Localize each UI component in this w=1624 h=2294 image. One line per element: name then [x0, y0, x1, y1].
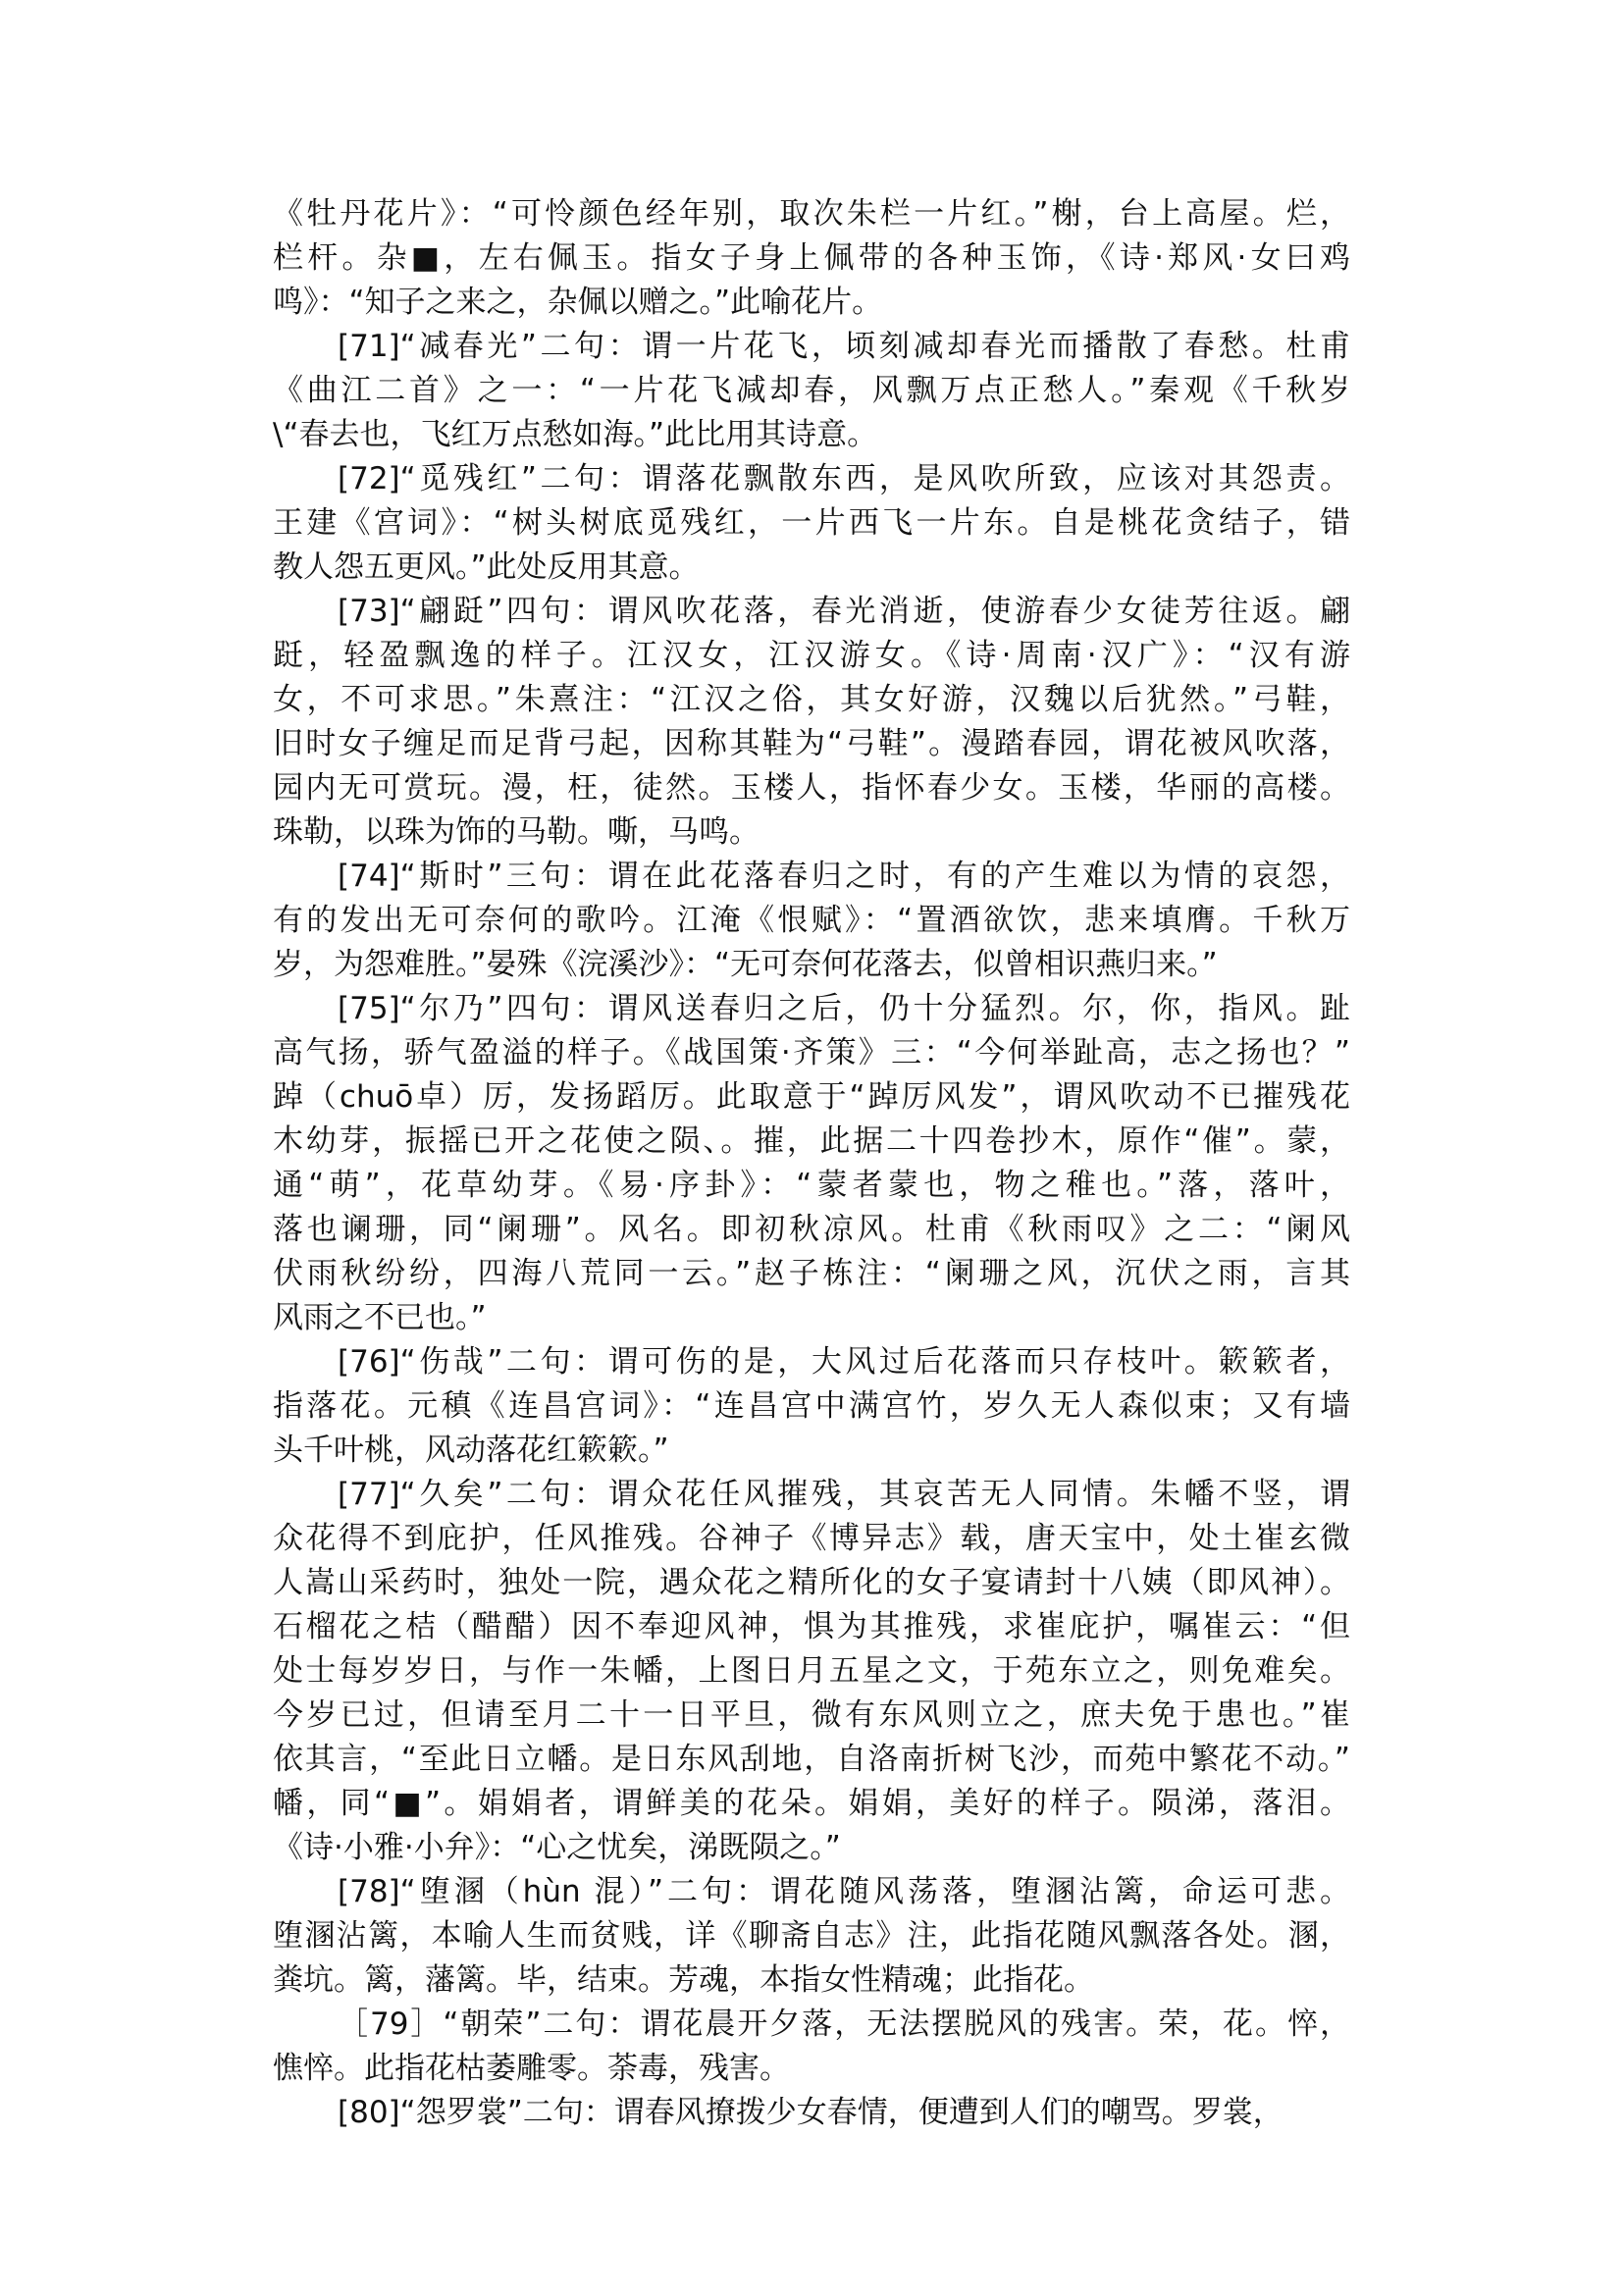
- text-line: 人嵩山采药时，独处一院，遇众花之精所化的女子宴请封十八姨（即风神）。: [273, 1561, 1350, 1605]
- text-line: [73]“翩跹”四句：谓风吹花落，春光消逝，使游春少女徒芳往返。翩: [273, 590, 1350, 634]
- text-line: 教人怨五更风。”此处反用其意。: [273, 546, 1350, 590]
- annotation-paragraph-73: [73]“翩跹”四句：谓风吹花落，春光消逝，使游春少女徒芳往返。翩跹，轻盈飘逸的…: [273, 590, 1350, 855]
- annotation-paragraph-72: [72]“觅残红”二句：谓落花飘散东西，是风吹所致，应该对其怨责。王建《宫词》：…: [273, 457, 1350, 590]
- text-line: \“春去也，飞红万点愁如海。”此比用其诗意。: [273, 413, 1350, 457]
- annotation-paragraph-80: [80]“怨罗裳”二句：谓春风撩拨少女春情，便遭到人们的嘲骂。罗裳，: [273, 2091, 1350, 2135]
- text-line: 头千叶桃，风动落花红簌簌。”: [273, 1429, 1350, 1473]
- text-line: 通“萌”，花草幼芽。《易·序卦》：“蒙者蒙也，物之稚也。”落，落叶，: [273, 1164, 1350, 1208]
- text-line: 木幼芽，振摇已开之花使之陨、。摧，此据二十四卷抄木，原作“催”。蒙，: [273, 1120, 1350, 1164]
- annotation-paragraph-78: [78]“堕溷（hùn 混）”二句：谓花随风荡落，堕溷沾篱，命运可悲。堕溷沾篱，…: [273, 1870, 1350, 2003]
- text-line: [76]“伤哉”二句：谓可伤的是，大风过后花落而只存枝叶。簌簌者，: [273, 1340, 1350, 1384]
- text-line: [80]“怨罗裳”二句：谓春风撩拨少女春情，便遭到人们的嘲骂。罗裳，: [273, 2091, 1350, 2135]
- text-line: 今岁已过，但请至月二十一日平旦，微有东风则立之，庶夫免于患也。”崔: [273, 1694, 1350, 1738]
- text-line: 堕溷沾篱，本喻人生而贫贱，详《聊斋自志》注，此指花随风飘落各处。溷，: [273, 1914, 1350, 1958]
- text-line: 落也谰珊，同“阑珊”。风名。即初秋凉风。杜甫《秋雨叹》之二：“阑风: [273, 1208, 1350, 1252]
- text-line: 依其言，“至此日立幡。是日东风刮地，自洛南折树飞沙，而苑中繁花不动。”: [273, 1738, 1350, 1782]
- annotation-paragraph-74: [74]“斯时”三句：谓在此花落春归之时，有的产生难以为情的哀怨，有的发出无可奈…: [273, 855, 1350, 987]
- text-line: [78]“堕溷（hùn 混）”二句：谓花随风荡落，堕溷沾篱，命运可悲。: [273, 1870, 1350, 1914]
- text-line: 女，不可求思。”朱熹注：“江汉之俗，其女好游，汉魏以后犹然。”弓鞋，: [273, 678, 1350, 722]
- text-line: 幡，同“■”。娟娟者，谓鲜美的花朵。娟娟，美好的样子。陨涕，落泪。: [273, 1782, 1350, 1826]
- annotation-paragraph-75: [75]“尔乃”四句：谓风送春归之后，仍十分猛烈。尔，你，指风。趾高气扬，骄气盈…: [273, 987, 1350, 1340]
- text-line: [71]“减春光”二句：谓一片花飞，顷刻减却春光而播散了春愁。杜甫: [273, 325, 1350, 369]
- text-line: 栏杆。杂■，左右佩玉。指女子身上佩带的各种玉饰，《诗·郑风·女曰鸡: [273, 236, 1350, 281]
- text-line: 处士每岁岁日，与作一朱幡，上图日月五星之文，于苑东立之，则免难矣。: [273, 1649, 1350, 1694]
- text-line: 园内无可赏玩。漫，枉，徒然。玉楼人，指怀春少女。玉楼，华丽的高楼。: [273, 766, 1350, 810]
- text-line: 跹，轻盈飘逸的样子。江汉女，江汉游女。《诗·周南·汉广》：“汉有游: [273, 634, 1350, 678]
- text-line: [72]“觅残红”二句：谓落花飘散东西，是风吹所致，应该对其怨责。: [273, 457, 1350, 501]
- text-line: 指落花。元稹《连昌宫词》：“连昌宫中满宫竹，岁久无人森似束；又有墙: [273, 1384, 1350, 1429]
- annotation-paragraph-76: [76]“伤哉”二句：谓可伤的是，大风过后花落而只存枝叶。簌簌者，指落花。元稹《…: [273, 1340, 1350, 1473]
- text-line: 岁，为怨难胜。”晏殊《浣溪沙》：“无可奈何花落去，似曾相识燕归来。”: [273, 943, 1350, 987]
- text-line: 石榴花之桔（醋醋）因不奉迎风神，惧为其推残，求崔庇护，嘱崔云：“但: [273, 1605, 1350, 1649]
- text-line: 踔（chuō卓）厉，发扬蹈厉。此取意于“踔厉风发”，谓风吹动不已摧残花: [273, 1075, 1350, 1120]
- text-line: [74]“斯时”三句：谓在此花落春归之时，有的产生难以为情的哀怨，: [273, 855, 1350, 899]
- text-line: 《曲江二首》之一：“一片花飞减却春，风飘万点正愁人。”秦观《千秋岁: [273, 369, 1350, 413]
- document-page: 《牡丹花片》：“可怜颜色经年别，取次朱栏一片红。”榭，台上高屋。烂，栏杆。杂■，…: [273, 192, 1350, 2135]
- text-line: 高气扬，骄气盈溢的样子。《战国策·齐策》三：“今何举趾高，志之扬也？”: [273, 1031, 1350, 1075]
- text-line: 《诗·小雅·小弁》：“心之忧矣，涕既陨之。”: [273, 1826, 1350, 1870]
- text-line: 《牡丹花片》：“可怜颜色经年别，取次朱栏一片红。”榭，台上高屋。烂，: [273, 192, 1350, 236]
- text-line: 王建《宫词》：“树头树底觅残红，一片西飞一片东。自是桃花贪结子，错: [273, 501, 1350, 546]
- text-line: 众花得不到庇护，任风推残。谷神子《博异志》载，唐天宝中，处土崔玄微: [273, 1517, 1350, 1561]
- annotation-paragraph-77: [77]“久矣”二句：谓众花任风摧残，其哀苦无人同情。朱幡不竖，谓众花得不到庇护…: [273, 1473, 1350, 1870]
- text-line: 风雨之不已也。”: [273, 1296, 1350, 1340]
- text-line: 旧时女子缠足而足背弓起，因称其鞋为“弓鞋”。漫踏春园，谓花被风吹落，: [273, 722, 1350, 766]
- text-line: ［79］“朝荣”二句：谓花晨开夕落，无法摆脱风的残害。荣，花。悴，: [273, 2003, 1350, 2047]
- text-line: 珠勒，以珠为饰的马勒。嘶，马鸣。: [273, 810, 1350, 855]
- text-line: [75]“尔乃”四句：谓风送春归之后，仍十分猛烈。尔，你，指风。趾: [273, 987, 1350, 1031]
- annotation-paragraph-71: [71]“减春光”二句：谓一片花飞，顷刻减却春光而播散了春愁。杜甫《曲江二首》之…: [273, 325, 1350, 457]
- text-line: 鸣》：“知子之来之，杂佩以赠之。”此喻花片。: [273, 281, 1350, 325]
- annotation-paragraph-79: ［79］“朝荣”二句：谓花晨开夕落，无法摆脱风的残害。荣，花。悴，憔悴。此指花枯…: [273, 2003, 1350, 2091]
- annotation-paragraph-cont: 《牡丹花片》：“可怜颜色经年别，取次朱栏一片红。”榭，台上高屋。烂，栏杆。杂■，…: [273, 192, 1350, 325]
- text-line: [77]“久矣”二句：谓众花任风摧残，其哀苦无人同情。朱幡不竖，谓: [273, 1473, 1350, 1517]
- text-line: 憔悴。此指花枯萎雕零。荼毒，残害。: [273, 2047, 1350, 2091]
- text-line: 粪坑。篱，藩篱。毕，结束。芳魂，本指女性精魂；此指花。: [273, 1958, 1350, 2003]
- text-line: 有的发出无可奈何的歌吟。江淹《恨赋》：“置酒欲饮，悲来填膺。千秋万: [273, 899, 1350, 943]
- text-line: 伏雨秋纷纷，四海八荒同一云。”赵子栋注：“阑珊之风，沉伏之雨，言其: [273, 1252, 1350, 1296]
